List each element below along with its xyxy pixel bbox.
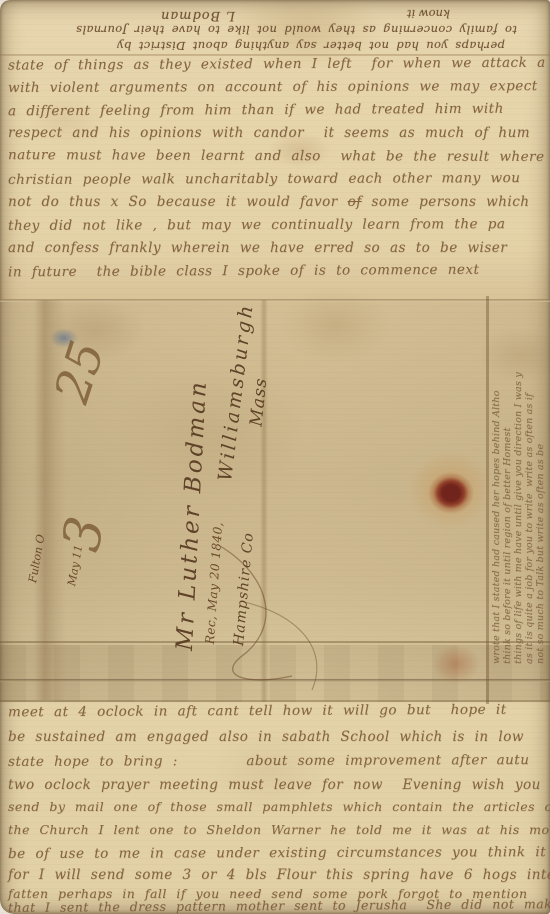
signature: L Bodman xyxy=(160,8,235,23)
margin-note-line: wrote that I stated had caused her hopes… xyxy=(491,292,502,664)
margin-note-line: think so before it until region of bette… xyxy=(502,292,513,664)
postscript-line: perhaps you had not better say anything … xyxy=(117,39,505,53)
fold-shadow-band xyxy=(0,645,550,702)
main-text-line: a different feeling from him than if we … xyxy=(8,101,504,120)
bottom-text-line: be of use to me in case under existing c… xyxy=(8,844,550,862)
fold-crease-horizontal xyxy=(0,299,550,302)
main-text-line-with-strikethrough: not do thus x So because it would favor … xyxy=(8,194,530,210)
bottom-text-line: send by mail one of those small pamphlet… xyxy=(8,799,550,814)
margin-note-column: wrote that I stated had caused her hopes… xyxy=(491,292,547,664)
main-text-line: nature must have been learnt and also wh… xyxy=(8,147,545,165)
fold-crease-vertical xyxy=(486,296,489,704)
main-text-line: in future the bible class I spoke of is … xyxy=(8,262,480,280)
line-segment: some persons which xyxy=(362,194,530,210)
line-segment: not do thus x So because it would favor xyxy=(8,194,348,210)
bottom-text-line: the Church I lent one to Sheldon Warner … xyxy=(8,822,550,837)
margin-note-line: as it is quite a job for you to write wr… xyxy=(524,292,535,664)
postmark-town: Fulton O xyxy=(26,533,47,583)
main-text-line: with violent arguments on account of his… xyxy=(8,78,538,96)
fold-crease-vertical xyxy=(260,300,268,702)
bottom-text-line: be sustained am engaged also in sabath S… xyxy=(8,729,524,745)
main-text-line: state of things as they existed when I l… xyxy=(8,54,550,73)
main-text-line: christian people walk uncharitably towar… xyxy=(8,170,520,188)
postmark-date: May 11 xyxy=(65,540,86,590)
fold-crease-horizontal xyxy=(0,679,550,682)
bottom-text-line: two oclock prayer meeting must leave for… xyxy=(8,777,550,793)
margin-note-line: not so much to Talk but write as often a… xyxy=(535,292,546,664)
struck-word: of xyxy=(348,194,362,210)
bottom-text-line: for I will send some 3 or 4 bls Flour th… xyxy=(8,867,550,883)
letter-scan: perhaps you had not better say anything … xyxy=(0,0,550,914)
bottom-text-line: meet at 4 oclock in aft cant tell how it… xyxy=(8,702,507,721)
main-text-line: respect and his opinions with candor it … xyxy=(8,125,530,141)
bottom-text-line: state hope to bring : about some improve… xyxy=(8,752,529,770)
fold-crease-horizontal xyxy=(0,641,550,643)
postscript-closing: know it xyxy=(407,7,450,21)
postscript-line: to family concerning as they would not l… xyxy=(76,23,517,37)
margin-note-line: things of life with me have until give y… xyxy=(513,292,524,664)
main-text-line: and confess frankly wherein we have erre… xyxy=(8,240,507,256)
main-text-line: they did not like , but may we continual… xyxy=(8,216,506,234)
bottom-text-line: that I sent the dress pattern mother sen… xyxy=(8,896,550,914)
postscript-inverted-block: perhaps you had not better say anything … xyxy=(15,0,535,56)
